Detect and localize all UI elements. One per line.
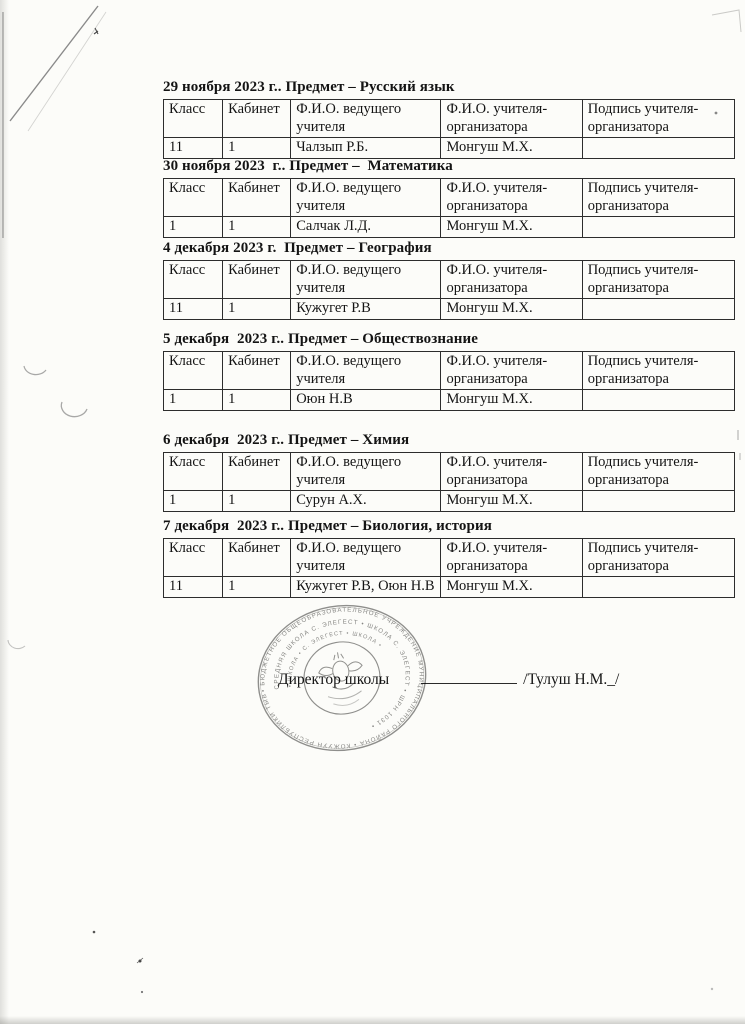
data-cell: 1 bbox=[223, 217, 291, 238]
data-cell: Монгуш М.Х. bbox=[441, 390, 582, 411]
header-cell: Ф.И.О. ведущего учителя bbox=[291, 261, 441, 299]
exam-section: 30 ноября 2023 г.. Предмет – Математика … bbox=[163, 157, 737, 238]
exam-section: 5 декабря 2023 г.. Предмет – Обществозна… bbox=[163, 330, 737, 411]
header-cell: Класс bbox=[164, 352, 223, 390]
scan-bottom-edge-shadow bbox=[0, 1016, 745, 1024]
header-cell: Подпись учителя-организатора bbox=[582, 100, 734, 138]
data-cell: Монгуш М.Х. bbox=[441, 217, 582, 238]
data-cell: 1 bbox=[223, 138, 291, 159]
data-cell: Кужугет Р.В, Оюн Н.В bbox=[291, 577, 441, 598]
exam-section: 6 декабря 2023 г.. Предмет – Химия Класс… bbox=[163, 431, 737, 512]
data-cell bbox=[582, 217, 734, 238]
data-cell: Монгуш М.Х. bbox=[441, 577, 582, 598]
data-cell: 1 bbox=[223, 577, 291, 598]
table-header-row: КлассКабинетФ.И.О. ведущего учителяФ.И.О… bbox=[164, 453, 735, 491]
header-cell: Ф.И.О. ведущего учителя bbox=[291, 100, 441, 138]
data-cell: Монгуш М.Х. bbox=[441, 299, 582, 320]
exam-section: 29 ноября 2023 г.. Предмет – Русский язы… bbox=[163, 78, 737, 159]
data-cell: Оюн Н.В bbox=[291, 390, 441, 411]
data-cell: 1 bbox=[223, 299, 291, 320]
data-cell: 11 bbox=[164, 138, 223, 159]
header-cell: Подпись учителя-организатора bbox=[582, 261, 734, 299]
section-title: 6 декабря 2023 г.. Предмет – Химия bbox=[163, 431, 737, 450]
table-row: 111Кужугет Р.В, Оюн Н.ВМонгуш М.Х. bbox=[164, 577, 735, 598]
table-header-row: КлассКабинетФ.И.О. ведущего учителяФ.И.О… bbox=[164, 179, 735, 217]
data-cell bbox=[582, 299, 734, 320]
header-cell: Кабинет bbox=[223, 100, 291, 138]
data-cell: Чалзып Р.Б. bbox=[291, 138, 441, 159]
data-cell: 11 bbox=[164, 299, 223, 320]
header-cell: Класс bbox=[164, 453, 223, 491]
stamp-inner-ring-text: • ШКОЛА • С. ЭЛЕГЕСТ • ШКОЛА • bbox=[280, 624, 388, 688]
header-cell: Ф.И.О. учителя-организатора bbox=[441, 179, 582, 217]
exam-table: КлассКабинетФ.И.О. ведущего учителяФ.И.О… bbox=[163, 178, 735, 238]
scanned-document-page: 29 ноября 2023 г.. Предмет – Русский язы… bbox=[0, 0, 745, 1024]
header-cell: Ф.И.О. учителя-организатора bbox=[441, 352, 582, 390]
header-cell: Кабинет bbox=[223, 539, 291, 577]
data-cell bbox=[582, 491, 734, 512]
exam-section: 7 декабря 2023 г.. Предмет – Биология, и… bbox=[163, 517, 737, 598]
header-cell: Ф.И.О. ведущего учителя bbox=[291, 352, 441, 390]
table-row: 11Сурун А.Х.Монгуш М.Х. bbox=[164, 491, 735, 512]
header-cell: Класс bbox=[164, 261, 223, 299]
data-cell: 11 bbox=[164, 577, 223, 598]
header-cell: Класс bbox=[164, 179, 223, 217]
table-header-row: КлассКабинетФ.И.О. ведущего учителяФ.И.О… bbox=[164, 261, 735, 299]
stamp-emblem bbox=[316, 649, 369, 709]
header-cell: Ф.И.О. учителя-организатора bbox=[441, 539, 582, 577]
section-title: 29 ноября 2023 г.. Предмет – Русский язы… bbox=[163, 78, 737, 97]
section-title: 4 декабря 2023 г. Предмет – География bbox=[163, 239, 737, 258]
data-cell: 1 bbox=[164, 390, 223, 411]
header-cell: Подпись учителя-организатора bbox=[582, 539, 734, 577]
section-title: 5 декабря 2023 г.. Предмет – Обществозна… bbox=[163, 330, 737, 349]
data-cell bbox=[582, 577, 734, 598]
data-cell bbox=[582, 390, 734, 411]
header-cell: Ф.И.О. учителя-организатора bbox=[441, 453, 582, 491]
data-cell: Монгуш М.Х. bbox=[441, 491, 582, 512]
table-row: 111Кужугет Р.ВМонгуш М.Х. bbox=[164, 299, 735, 320]
header-cell: Ф.И.О. учителя-организатора bbox=[441, 100, 582, 138]
data-cell: Салчак Л.Д. bbox=[291, 217, 441, 238]
header-cell: Ф.И.О. ведущего учителя bbox=[291, 539, 441, 577]
data-cell: 1 bbox=[223, 491, 291, 512]
header-cell: Ф.И.О. ведущего учителя bbox=[291, 179, 441, 217]
table-header-row: КлассКабинетФ.И.О. ведущего учителяФ.И.О… bbox=[164, 539, 735, 577]
table-header-row: КлассКабинетФ.И.О. ведущего учителяФ.И.О… bbox=[164, 352, 735, 390]
header-cell: Подпись учителя-организатора bbox=[582, 179, 734, 217]
data-cell: 1 bbox=[164, 491, 223, 512]
exam-table: КлассКабинетФ.И.О. ведущего учителяФ.И.О… bbox=[163, 260, 735, 320]
data-cell: Кужугет Р.В bbox=[291, 299, 441, 320]
header-cell: Подпись учителя-организатора bbox=[582, 352, 734, 390]
header-cell: Подпись учителя-организатора bbox=[582, 453, 734, 491]
scan-left-edge-shadow bbox=[0, 0, 9, 1024]
data-cell bbox=[582, 138, 734, 159]
school-stamp-seal: • БЮДЖЕТНОЕ ОБЩЕОБРАЗОВАТЕЛЬНОЕ УЧРЕЖДЕН… bbox=[251, 599, 433, 757]
data-cell: 1 bbox=[164, 217, 223, 238]
data-cell: Монгуш М.Х. bbox=[441, 138, 582, 159]
signature-name: /Тулуш Н.М._/ bbox=[523, 671, 619, 688]
header-cell: Ф.И.О. ведущего учителя bbox=[291, 453, 441, 491]
data-cell: Сурун А.Х. bbox=[291, 491, 441, 512]
header-cell: Класс bbox=[164, 100, 223, 138]
table-row: 11Оюн Н.ВМонгуш М.Х. bbox=[164, 390, 735, 411]
table-row: 111Чалзып Р.Б.Монгуш М.Х. bbox=[164, 138, 735, 159]
exam-section: 4 декабря 2023 г. Предмет – География Кл… bbox=[163, 239, 737, 320]
header-cell: Кабинет bbox=[223, 352, 291, 390]
exam-table: КлассКабинетФ.И.О. ведущего учителяФ.И.О… bbox=[163, 99, 735, 159]
header-cell: Ф.И.О. учителя-организатора bbox=[441, 261, 582, 299]
exam-table: КлассКабинетФ.И.О. ведущего учителяФ.И.О… bbox=[163, 351, 735, 411]
section-title: 7 декабря 2023 г.. Предмет – Биология, и… bbox=[163, 517, 737, 536]
signature-line bbox=[421, 669, 517, 684]
header-cell: Кабинет bbox=[223, 261, 291, 299]
svg-text:• ШКОЛА • С. ЭЛЕГЕСТ • ШКОЛА •: • ШКОЛА • С. ЭЛЕГЕСТ • ШКОЛА • bbox=[280, 624, 388, 688]
section-title: 30 ноября 2023 г.. Предмет – Математика bbox=[163, 157, 737, 176]
header-cell: Кабинет bbox=[223, 179, 291, 217]
data-cell: 1 bbox=[223, 390, 291, 411]
table-header-row: КлассКабинетФ.И.О. ведущего учителяФ.И.О… bbox=[164, 100, 735, 138]
exam-table: КлассКабинетФ.И.О. ведущего учителяФ.И.О… bbox=[163, 452, 735, 512]
header-cell: Кабинет bbox=[223, 453, 291, 491]
header-cell: Класс bbox=[164, 539, 223, 577]
exam-table: КлассКабинетФ.И.О. ведущего учителяФ.И.О… bbox=[163, 538, 735, 598]
table-row: 11Салчак Л.Д.Монгуш М.Х. bbox=[164, 217, 735, 238]
